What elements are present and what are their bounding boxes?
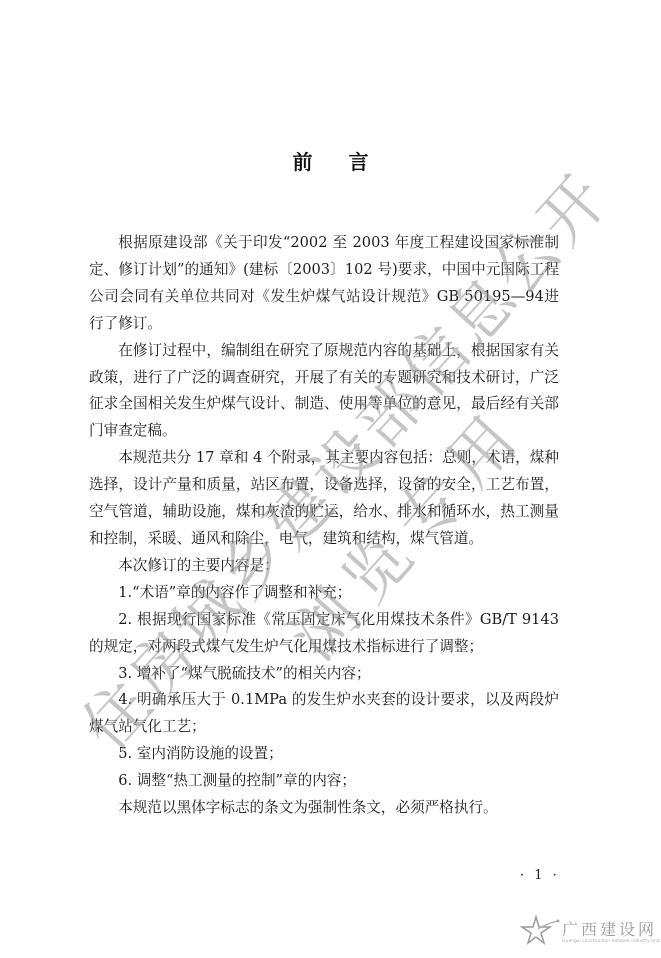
closing-paragraph: 本规范以黑体字标志的条文为强制性条文，必须严格执行。	[89, 795, 559, 822]
page-title: 前言	[0, 146, 661, 175]
logo-name: 广西建设网	[562, 917, 657, 940]
paragraph-1: 根据原建设部《关于印发“2002 至 2003 年度工程建设国家标准制定、修订计…	[89, 230, 559, 338]
list-item-6: 6. 调整“热工测量的控制”章的内容；	[89, 768, 559, 795]
logo-subtitle: Guangxi construction network industry on…	[562, 939, 661, 944]
list-item-3: 3. 增补了“煤气脱硫技术”的相关内容；	[89, 661, 559, 688]
page-number: · 1 ·	[520, 868, 560, 883]
document-page: 前言 根据原建设部《关于印发“2002 至 2003 年度工程建设国家标准制定、…	[0, 0, 661, 958]
paragraph-2: 在修订过程中，编制组在研究了原规范内容的基础上，根据国家有关政策，进行了广泛的调…	[89, 338, 559, 446]
site-logo: 广西建设网 Guangxi construction network indus…	[520, 915, 660, 955]
paragraph-4: 本次修订的主要内容是：	[89, 553, 559, 580]
list-item-5: 5. 室内消防设施的设置；	[89, 741, 559, 768]
paragraph-3: 本规范共分 17 章和 4 个附录，其主要内容包括：总则，术语，煤种选择，设计产…	[89, 445, 559, 553]
list-item-4: 4. 明确承压大于 0.1MPa 的发生炉水夹套的设计要求，以及两段炉煤气站气化…	[89, 687, 559, 741]
list-item-2: 2. 根据现行国家标准《常压固定床气化用煤技术条件》GB/T 9143 的规定，…	[89, 607, 559, 661]
list-item-1: 1.“术语”章的内容作了调整和补充；	[89, 580, 559, 607]
star-logo-icon	[520, 915, 560, 947]
preface-body: 根据原建设部《关于印发“2002 至 2003 年度工程建设国家标准制定、修订计…	[89, 230, 559, 822]
